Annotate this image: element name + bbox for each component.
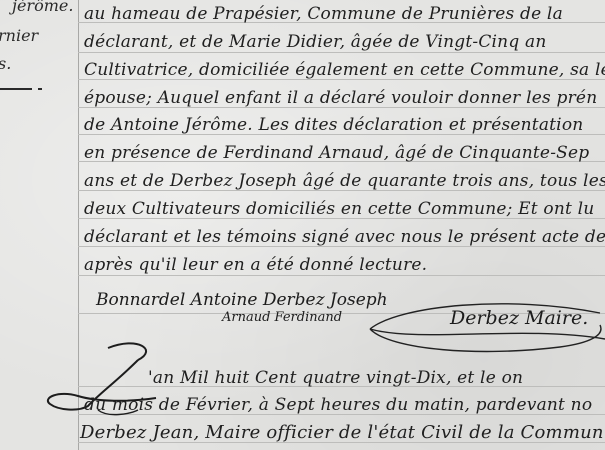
register-page: jérôme. rnier s. au hameau de Prapésier,… xyxy=(0,0,605,450)
signature-arnaud: Arnaud Ferdinand xyxy=(222,310,342,325)
body-line: en présence de Ferdinand Arnaud, âgé de … xyxy=(84,143,589,163)
body-line: Cultivatrice, domiciliée également en ce… xyxy=(84,60,605,80)
body-line: épouse; Auquel enfant il a déclaré voulo… xyxy=(84,88,597,108)
body-line: déclarant et les témoins signé avec nous… xyxy=(84,227,605,247)
signature-witnesses: Bonnardel Antoine Derbez Joseph xyxy=(96,290,388,310)
margin-line: jérôme. xyxy=(12,0,73,15)
act-line: Derbez Jean, Maire officier de l'état Ci… xyxy=(80,422,604,443)
margin-line: rnier xyxy=(0,26,38,45)
ruled-line xyxy=(78,52,605,53)
mayor-paraph-flourish xyxy=(360,295,605,365)
act-line: 'an Mil huit Cent quatre vingt-Dix, et l… xyxy=(148,368,523,388)
body-line: de Antoine Jérôme. Les dites déclaration… xyxy=(84,115,583,135)
body-line: au hameau de Prapésier, Commune de Pruni… xyxy=(84,4,563,24)
body-line: deux Cultivateurs domiciliés en cette Co… xyxy=(84,199,594,219)
body-line: ans et de Derbez Joseph âgé de quarante … xyxy=(84,171,605,191)
margin-line: s. xyxy=(0,54,11,73)
act-line: du mois de Février, à Sept heures du mat… xyxy=(84,395,592,415)
margin-dash xyxy=(38,88,42,90)
margin-dash xyxy=(0,88,32,90)
body-line: déclarant, et de Marie Didier, âgée de V… xyxy=(84,32,547,52)
ruled-line xyxy=(78,275,605,276)
body-line: après qu'il leur en a été donné lecture. xyxy=(84,255,427,275)
